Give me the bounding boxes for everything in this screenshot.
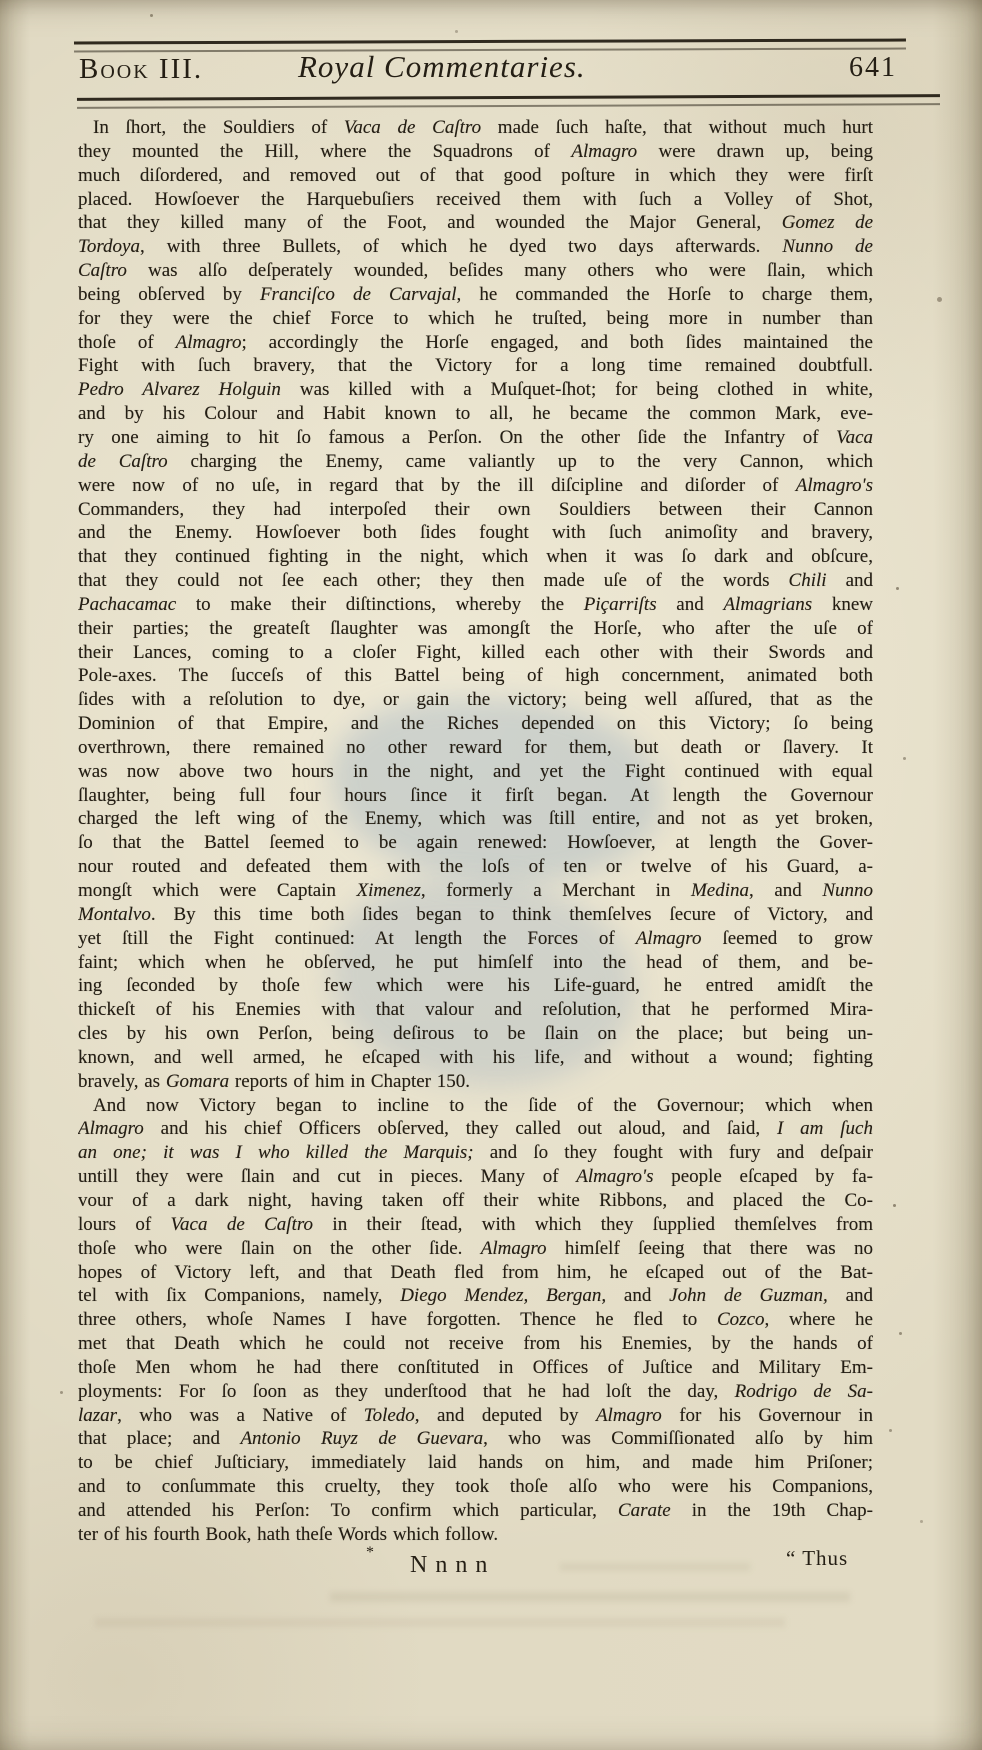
text-line: nour routed and defeated them with the l… [78, 855, 873, 879]
text-line: their Lances, coming to a cloſer Fight, … [78, 641, 873, 665]
text-line: Commanders, they had interpoſed their ow… [78, 498, 873, 522]
text-line: ſlaughter, being full four hours ſince i… [78, 784, 873, 808]
text-line: lours of Vaca de Caſtro in their ſtead, … [78, 1213, 873, 1237]
text-line: known, and well armed, he eſcaped with h… [78, 1046, 873, 1070]
text-line: cles by his own Perſon, being deſirous t… [78, 1022, 873, 1046]
text-line: Pachacamac to make their diſtinctions, w… [78, 593, 873, 617]
text-line: faint; which when he obſerved, he put hi… [78, 951, 873, 975]
text-line: And now Victory began to incline to the … [78, 1094, 873, 1118]
text-line: Tordoya, with three Bullets, of which he… [78, 235, 873, 259]
text-line: and attended his Perſon: To confirm whic… [78, 1499, 873, 1523]
text-line: Dominion of that Empire, and the Riches … [78, 712, 873, 736]
book-label: Book III. [79, 53, 203, 86]
text-line: ing ſeconded by thoſe few which were his… [78, 974, 873, 998]
text-line: ſo that the Battel ſeemed to be again re… [78, 831, 873, 855]
text-line: Pole-axes. The ſucceſs of this Battel be… [78, 664, 873, 688]
paragraph: In ſhort, the Souldiers of Vaca de Caſtr… [78, 116, 873, 1094]
text-line: charged the left wing of the Enemy, whic… [78, 807, 873, 831]
text-line: Montalvo. By this time both ſides began … [78, 903, 873, 927]
signature-mark: Nnnn [410, 1552, 495, 1579]
text-block: In ſhort, the Souldiers of Vaca de Caſtr… [78, 116, 873, 1547]
text-line: vour of a dark night, having taken off t… [78, 1189, 873, 1213]
text-line: lazar, who was a Native of Toledo, and d… [78, 1404, 873, 1428]
text-line: were now of no uſe, in regard that by th… [78, 474, 873, 498]
text-line: thoſe of Almagro; accordingly the Horſe … [78, 331, 873, 355]
footnote-asterisk: * [366, 1544, 374, 1562]
text-line: overthrown, there remained no other rewa… [78, 736, 873, 760]
text-line: thoſe who were ſlain on the other ſide. … [78, 1237, 873, 1261]
text-line: Pedro Alvarez Holguin was killed with a … [78, 378, 873, 402]
text-line: In ſhort, the Souldiers of Vaca de Caſtr… [78, 116, 873, 140]
text-line: ſides with a reſolution to dye, or gain … [78, 688, 873, 712]
text-line: three others, whoſe Names I have forgott… [78, 1308, 873, 1332]
text-line: they mounted the Hill, where the Squadro… [78, 140, 873, 164]
text-line: de Caſtro charging the Enemy, came valia… [78, 450, 873, 474]
header-rule-bottom [77, 94, 940, 109]
paper-specks [0, 0, 3, 3]
text-line: Almagro and his chief Officers obſerved,… [78, 1117, 873, 1141]
text-line: yet ſtill the Fight continued: At length… [78, 927, 873, 951]
text-line: that they could not ſee each other; they… [78, 569, 873, 593]
ink-bleedthrough [560, 1563, 750, 1571]
text-line: hopes of Victory left, and that Death fl… [78, 1261, 873, 1285]
paragraph: And now Victory began to incline to the … [78, 1094, 873, 1547]
text-line: Fight with ſuch bravery, that the Victor… [78, 354, 873, 378]
text-line: for they were the chief Force to which h… [78, 307, 873, 331]
text-line: that they killed many of the Foot, and w… [78, 211, 873, 235]
text-line: Caſtro was alſo deſperately wounded, beſ… [78, 259, 873, 283]
text-line: that they continued fighting in the nigh… [78, 545, 873, 569]
text-line: ry one aiming to hit ſo famous a Perſon.… [78, 426, 873, 450]
text-line: thoſe Men whom he had there conſtituted … [78, 1356, 873, 1380]
ink-bleedthrough [95, 1618, 785, 1627]
text-line: and by his Colour and Habit known to all… [78, 402, 873, 426]
text-line: that place; and Antonio Ruyz de Guevara,… [78, 1427, 873, 1451]
page-number: 641 [849, 52, 897, 84]
text-line: an one; it was I who killed the Marquis;… [78, 1141, 873, 1165]
text-line: ter of his fourth Book, hath theſe Words… [78, 1523, 873, 1547]
book-page: { "colors": { "paper": "#e0d9c2", "ink":… [0, 0, 982, 1750]
running-title: Royal Commentaries. [298, 49, 586, 85]
catchword: “ Thus [786, 1546, 848, 1571]
text-line: tel with ſix Companions, namely, Diego M… [78, 1284, 873, 1308]
text-line: untill they were ſlain and cut in pieces… [78, 1165, 873, 1189]
text-line: bravely, as Gomara reports of him in Cha… [78, 1070, 873, 1094]
ink-bleedthrough [330, 1592, 850, 1602]
text-line: was now above two hours in the night, an… [78, 760, 873, 784]
text-line: to be chief Juſticiary, immediately laid… [78, 1451, 873, 1475]
text-line: much diſordered, and removed out of that… [78, 164, 873, 188]
text-line: and to conſummate this cruelty, they too… [78, 1475, 873, 1499]
text-line: mongſt which were Captain Ximenez, forme… [78, 879, 873, 903]
text-line: thickeſt of his Enemies with that valour… [78, 998, 873, 1022]
text-line: being obſerved by Franciſco de Carvajal,… [78, 283, 873, 307]
text-line: met that Death which he could not receiv… [78, 1332, 873, 1356]
text-line: their parties; the greateſt ſlaughter wa… [78, 617, 873, 641]
text-line: and the Enemy. Howſoever both ſides foug… [78, 521, 873, 545]
text-line: ployments: For ſo ſoon as they underſtoo… [78, 1380, 873, 1404]
text-line: placed. Howſoever the Harquebuſiers rece… [78, 188, 873, 212]
